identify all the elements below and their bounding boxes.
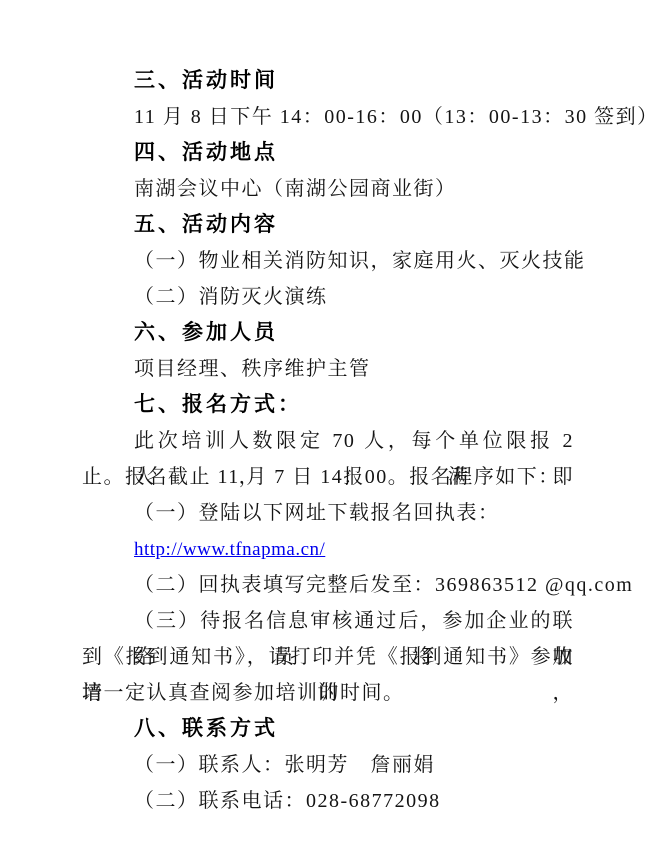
- text-contact-phone: （二）联系电话：028-68772098: [82, 783, 574, 819]
- text-content-item-1: （一）物业相关消防知识，家庭用火、灭火技能: [82, 243, 574, 279]
- section-heading-activity-content: 五、活动内容: [82, 207, 574, 243]
- section-heading-contact: 八、联系方式: [82, 711, 574, 747]
- document-page: 三、活动时间 11 月 8 日下午 14：00-16：00（13：00-13：3…: [0, 0, 650, 866]
- registration-download-link[interactable]: http://www.tfnapma.cn/: [134, 539, 325, 560]
- text-registration-step-3-line-2: 到《报到通知书》，请打印并凭《报到通知书》参加培训，: [82, 639, 574, 675]
- section-heading-registration: 七、报名方式：: [82, 387, 574, 423]
- text-activity-location: 南湖会议中心（南湖公园商业街）: [82, 171, 574, 207]
- text-content-item-2: （二）消防灭火演练: [82, 279, 574, 315]
- section-heading-activity-time: 三、活动时间: [82, 63, 574, 99]
- registration-link-line: http://www.tfnapma.cn/: [82, 531, 574, 567]
- text-registration-step-3-line-1: （三）待报名信息审核通过后，参加企业的联络员将收: [82, 603, 574, 639]
- text-registration-line-1: 此次培训人数限定 70 人，每个单位限报 2 人，报满即: [82, 423, 574, 459]
- text-registration-step-1: （一）登陆以下网址下载报名回执表：: [82, 495, 574, 531]
- text-registration-step-2: （二）回执表填写完整后发至：369863512 @qq.com: [82, 567, 574, 603]
- section-heading-activity-location: 四、活动地点: [82, 135, 574, 171]
- section-heading-participants: 六、参加人员: [82, 315, 574, 351]
- text-contact-person: （一）联系人：张明芳 詹丽娟: [82, 747, 574, 783]
- text-participants: 项目经理、秩序维护主管: [82, 351, 574, 387]
- text-activity-time: 11 月 8 日下午 14：00-16：00（13：00-13：30 签到）: [82, 99, 574, 135]
- text-registration-line-2: 止。报名截止 11 月 7 日 14：00。报名程序如下：: [82, 459, 574, 495]
